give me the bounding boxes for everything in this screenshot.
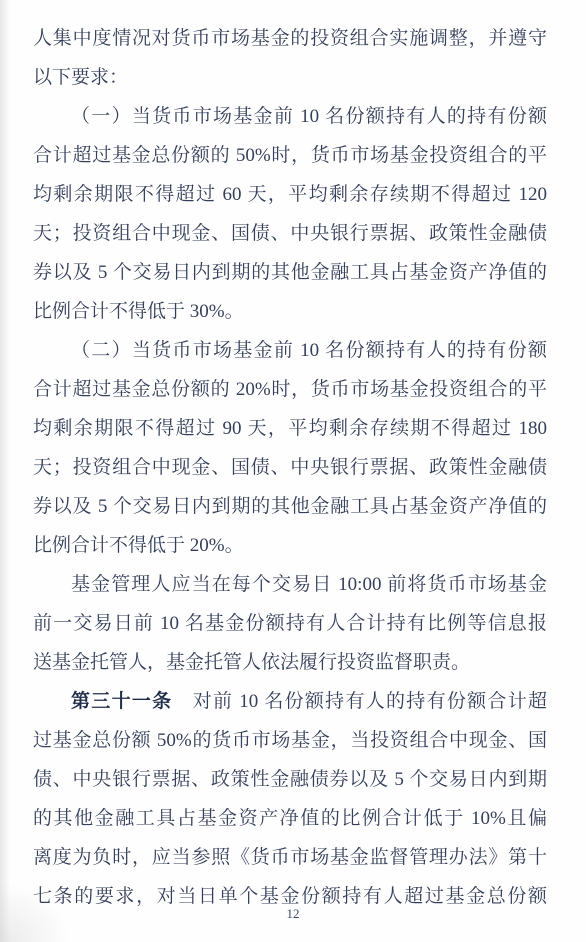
- text-line-6: 天；投资组合中现金、国债、中央银行票据、政策性金融债: [33, 214, 547, 253]
- text-line-20: 债、中央银行票据、政策性金融债券以及 5 个交易日内到期: [33, 760, 547, 799]
- text-line-9: （二）当货币市场基金前 10 名份额持有人的持有份额: [33, 331, 547, 370]
- text-line-14: 比例合计不得低于 20%。: [33, 526, 547, 565]
- text-line-5: 均剩余期限不得超过 60 天，平均剩余存续期不得超过 120: [33, 175, 547, 214]
- text-line-1: 人集中度情况对货币市场基金的投资组合实施调整，并遵守: [33, 19, 547, 58]
- text-line-13: 券以及 5 个交易日内到期的其他金融工具占基金资产净值的: [33, 487, 547, 526]
- text-line-17: 送基金托管人，基金托管人依法履行投资监督职责。: [33, 643, 547, 682]
- text-line-18: 第三十一条 对前 10 名份额持有人的持有份额合计超: [33, 682, 547, 721]
- scan-left-edge-shading: [0, 0, 10, 942]
- text-line-7: 券以及 5 个交易日内到期的其他金融工具占基金资产净值的: [33, 253, 547, 292]
- text-line-19: 过基金总份额 50%的货币市场基金，当投资组合中现金、国: [33, 721, 547, 760]
- document-page: 人集中度情况对货币市场基金的投资组合实施调整，并遵守以下要求：（一）当货币市场基…: [0, 0, 586, 942]
- text-line-8: 比例合计不得低于 30%。: [33, 292, 547, 331]
- article-heading-bold: 第三十一条: [71, 691, 172, 712]
- document-body-text: 人集中度情况对货币市场基金的投资组合实施调整，并遵守以下要求：（一）当货币市场基…: [33, 19, 547, 916]
- text-line-2: 以下要求：: [33, 58, 547, 97]
- text-line-15: 基金管理人应当在每个交易日 10:00 前将货币市场基金: [33, 565, 547, 604]
- text-line-10: 合计超过基金总份额的 20%时，货币市场基金投资组合的平: [33, 370, 547, 409]
- text-line-12: 天；投资组合中现金、国债、中央银行票据、政策性金融债: [33, 448, 547, 487]
- page-number: 12: [0, 904, 586, 924]
- text-line-16: 前一交易日前 10 名基金份额持有人合计持有比例等信息报: [33, 604, 547, 643]
- text-line-3: （一）当货币市场基金前 10 名份额持有人的持有份额: [33, 97, 547, 136]
- text-line-21: 的其他金融工具占基金资产净值的比例合计低于 10%且偏: [33, 799, 547, 838]
- text-line-22: 离度为负时，应当参照《货币市场基金监督管理办法》第十: [33, 838, 547, 877]
- text-line-4: 合计超过基金总份额的 50%时，货币市场基金投资组合的平: [33, 136, 547, 175]
- text-line-11: 均剩余期限不得超过 90 天，平均剩余存续期不得超过 180: [33, 409, 547, 448]
